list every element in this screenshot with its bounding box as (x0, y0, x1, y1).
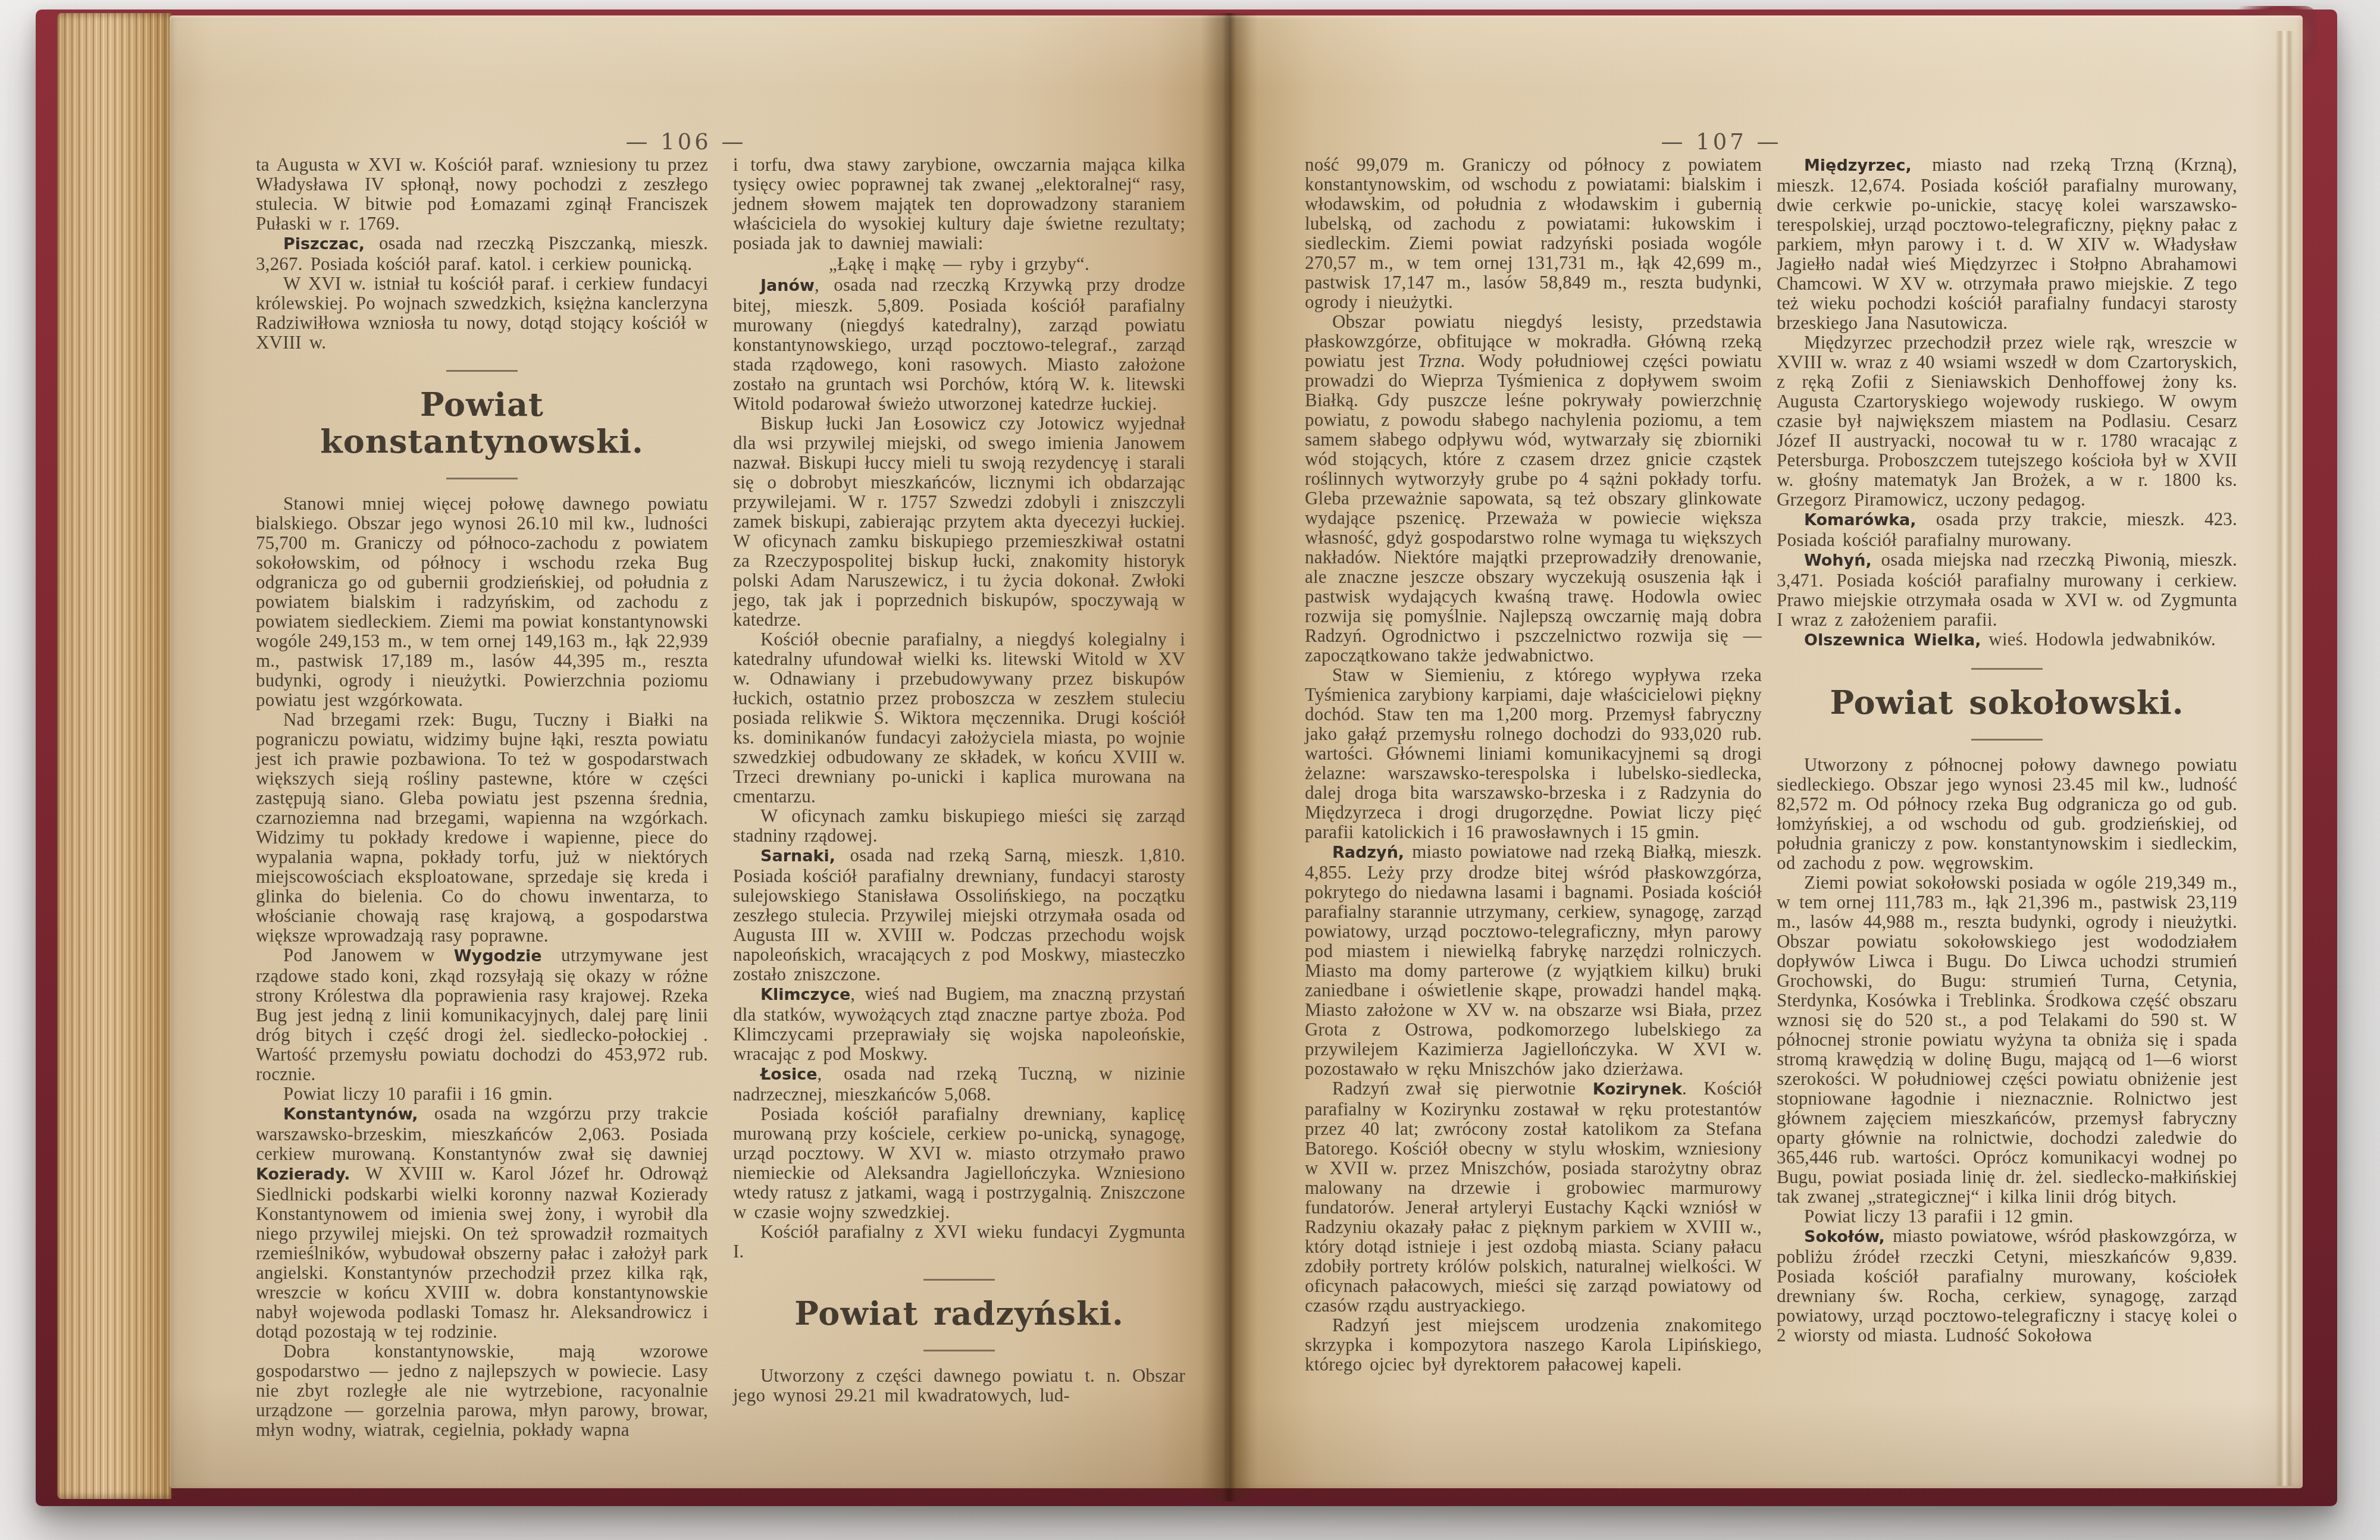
entry-name: Kozirynek (1593, 1080, 1682, 1099)
section-heading: Powiat sokołowski. (1777, 684, 2237, 721)
entry-name: Wohyń, (1804, 551, 1872, 570)
paragraph: Nad brzegami rzek: Bugu, Tuczny i Białki… (256, 710, 708, 945)
paragraph: Utworzony z północnej połowy dawnego pow… (1777, 755, 2237, 873)
paragraph: Komarówka, osada przy trakcie, mieszk. 4… (1777, 509, 2237, 550)
entry-name: Sarnaki, (760, 847, 835, 865)
heading-rule (1971, 668, 2043, 670)
text-column: i torfu, dwa stawy zarybione, owczarnia … (733, 155, 1185, 1405)
paragraph: Utworzony z części dawnego powiatu t. n.… (733, 1366, 1185, 1405)
paragraph: Piszczac, osada nad rzeczką Piszczanką, … (256, 233, 708, 274)
entry-name: Łosice (760, 1065, 818, 1084)
paragraph: Olszewnica Wielka, wieś. Hodowla jedwabn… (1777, 629, 2237, 650)
paragraph: Powiat liczy 10 parafii i 16 gmin. (256, 1084, 708, 1103)
section-heading: Powiat konstantynowski. (256, 386, 708, 460)
heading-rule (923, 1350, 995, 1351)
entry-name: Sokołów, (1804, 1228, 1885, 1246)
text-column: ta Augusta w XVI w. Kościół paraf. wznie… (256, 155, 708, 1439)
paragraph: Radzyń, miasto powiatowe nad rzeką Białk… (1305, 842, 1762, 1078)
river-name-italic: Trzna (1418, 350, 1461, 371)
book-page-left: — 106 — ta Augusta w XVI w. Kościół para… (170, 15, 1229, 1488)
heading-rule (446, 370, 518, 372)
paragraph: Klimczyce, wieś nad Bugiem, ma znaczną p… (733, 984, 1185, 1064)
paragraph: Sarnaki, osada nad rzeką Sarną, mieszk. … (733, 845, 1185, 984)
paragraph: Pod Janowem w Wygodzie utrzymywane jest … (256, 945, 708, 1084)
page-stack-fore-edge (57, 13, 171, 1499)
paragraph: Radzyń zwał się pierwotnie Kozirynek. Ko… (1305, 1078, 1762, 1315)
paragraph: Kościół obecnie parafialny, a niegdyś ko… (733, 629, 1185, 806)
entry-name: Konstantynów, (283, 1105, 418, 1124)
heading-rule (446, 478, 518, 479)
paragraph: W XVI w. istniał tu kościół paraf. i cer… (256, 274, 708, 352)
scan-background: { "document": { "type": "antique-book-sc… (0, 0, 2380, 1540)
entry-name: Piszczac, (283, 235, 365, 253)
paragraph: Kościół parafialny z XVI wieku fundacyi … (733, 1222, 1185, 1261)
book-page-right: — 107 — ność 99,079 m. Graniczy od półno… (1229, 15, 2303, 1488)
entry-name: Kozierady. (256, 1165, 350, 1184)
entry-name: Janów (760, 277, 815, 295)
paragraph: Powiat liczy 13 parafii i 12 gmin. (1777, 1206, 2237, 1226)
paragraph: Biskup łucki Jan Łosowicz czy Jotowicz w… (733, 413, 1185, 629)
paragraph: Staw w Siemieniu, z którego wypływa rzek… (1305, 665, 1762, 842)
text-column: ność 99,079 m. Graniczy od północy z pow… (1305, 155, 1762, 1374)
paragraph: Dobra konstantynowskie, mają wzorowe gos… (256, 1341, 708, 1439)
text-column: Międzyrzec, miasto nad rzeką Trzną (Krzn… (1777, 155, 2237, 1345)
entry-name: Wygodzie (454, 947, 542, 965)
paragraph: Posiada kościół parafialny drewniany, ka… (733, 1104, 1185, 1222)
page-number-header-left: — 106 — (625, 131, 746, 153)
paragraph: W oficynach zamku biskupiego mieści się … (733, 806, 1185, 845)
entry-name: Klimczyce (760, 986, 850, 1004)
paragraph: Radzyń jest miejscem urodzenia znakomite… (1305, 1315, 1762, 1374)
entry-name: Międzyrzec, (1804, 156, 1912, 175)
paragraph: Konstantynów, osada na wzgórzu przy trak… (256, 1103, 708, 1341)
section-heading: Powiat radzyński. (733, 1295, 1185, 1332)
paragraph: i torfu, dwa stawy zarybione, owczarnia … (733, 155, 1185, 253)
page-number-header-right: — 107 — (1661, 131, 1781, 153)
paragraph: Obszar powiatu niegdyś lesisty, przedsta… (1305, 312, 1762, 665)
entry-name: Komarówka, (1804, 511, 1916, 529)
paragraph: Wohyń, osada miejska nad rzeczką Piwonią… (1777, 550, 2237, 629)
paragraph: Międzyrzec, miasto nad rzeką Trzną (Krzn… (1777, 155, 2237, 333)
paragraph: Stanowi mniej więcej połowę dawnego powi… (256, 494, 708, 710)
paragraph: Sokołów, miasto powiatowe, wśród płaskow… (1777, 1226, 2237, 1345)
paragraph: ność 99,079 m. Graniczy od północy z pow… (1305, 155, 1762, 312)
open-book: — 106 — ta Augusta w XVI w. Kościół para… (36, 10, 2337, 1506)
paragraph: Janów, osada nad rzeczką Krzywką przy dr… (733, 275, 1185, 413)
proverb-quote: „Łąkę i mąkę — ryby i grzyby“. (733, 254, 1185, 274)
paragraph: Międzyrzec przechodził przez wiele rąk, … (1777, 333, 2237, 509)
heading-rule (923, 1279, 995, 1281)
entry-name: Radzyń, (1332, 843, 1404, 862)
heading-rule (1971, 739, 2043, 741)
paragraph: Łosice, osada nad rzeką Tuczną, w nizini… (733, 1064, 1185, 1104)
paragraph: Ziemi powiat sokołowski posiada w ogóle … (1777, 873, 2237, 1206)
paragraph: ta Augusta w XVI w. Kościół paraf. wznie… (256, 155, 708, 233)
entry-name: Olszewnica Wielka, (1804, 631, 1981, 650)
